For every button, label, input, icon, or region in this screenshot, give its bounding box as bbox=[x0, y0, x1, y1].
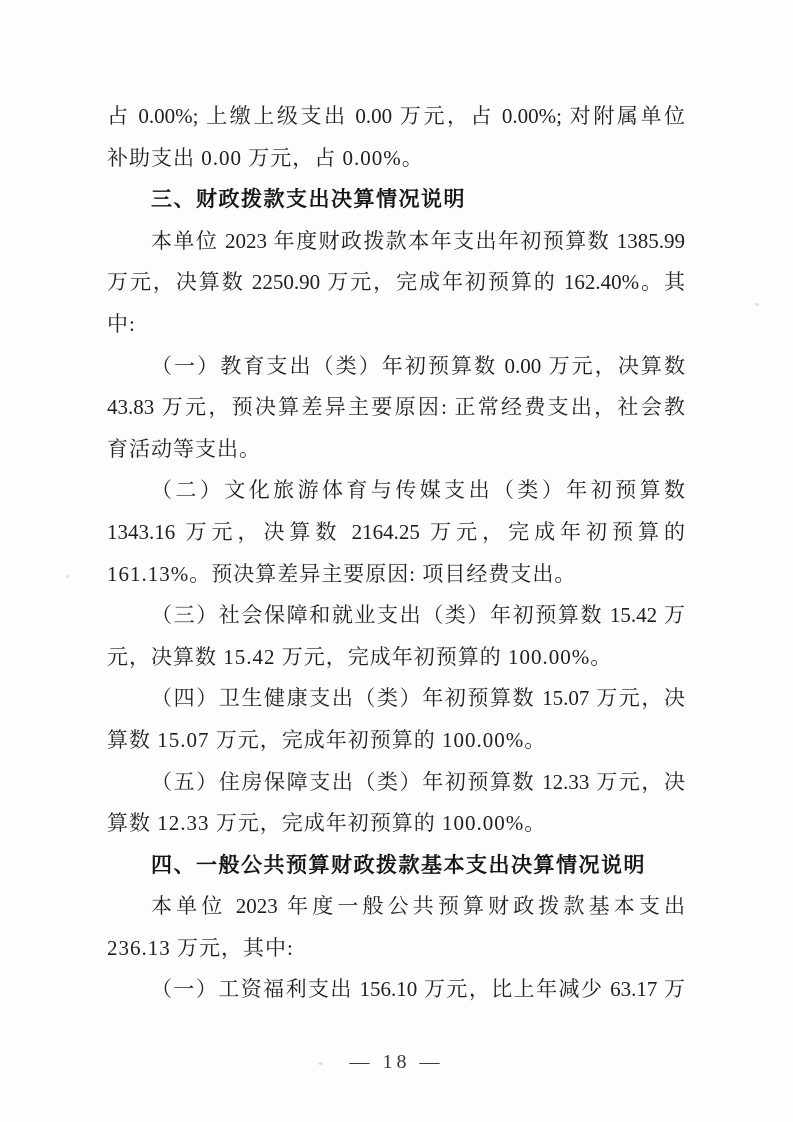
document-line: 1343.16 万元，决算数 2164.25 万元，完成年初预算的 bbox=[107, 512, 685, 554]
document-line: （二）文化旅游体育与传媒支出（类）年初预算数 bbox=[107, 470, 685, 512]
page-number: — 18 — bbox=[350, 1051, 444, 1073]
document-line: 算数 15.07 万元，完成年初预算的 100.00%。 bbox=[107, 720, 685, 762]
document-page: 占 0.00%; 上缴上级支出 0.00 万元，占 0.00%; 对附属单位补助… bbox=[0, 0, 793, 1122]
document-line: 236.13 万元，其中: bbox=[107, 928, 685, 970]
document-line: 本单位 2023 年度财政拨款本年支出年初预算数 1385.99 bbox=[107, 221, 685, 263]
document-line: 中: bbox=[107, 304, 685, 346]
document-line: 占 0.00%; 上缴上级支出 0.00 万元，占 0.00%; 对附属单位 bbox=[107, 96, 685, 138]
document-line: （三）社会保障和就业支出（类）年初预算数 15.42 万 bbox=[107, 595, 685, 637]
section-heading: 三、财政拨款支出决算情况说明 bbox=[107, 179, 685, 221]
scan-artifact bbox=[755, 303, 759, 306]
document-line: 补助支出 0.00 万元，占 0.00%。 bbox=[107, 138, 685, 180]
document-line: （一）工资福利支出 156.10 万元，比上年减少 63.17 万 bbox=[107, 969, 685, 1011]
document-line: 育活动等支出。 bbox=[107, 429, 685, 471]
scan-artifact bbox=[318, 1062, 323, 1065]
page-footer: — 18 — bbox=[0, 1046, 793, 1080]
document-line: 元，决算数 15.42 万元，完成年初预算的 100.00%。 bbox=[107, 637, 685, 679]
document-line: （四）卫生健康支出（类）年初预算数 15.07 万元，决 bbox=[107, 678, 685, 720]
document-text-block: 占 0.00%; 上缴上级支出 0.00 万元，占 0.00%; 对附属单位补助… bbox=[107, 96, 685, 1011]
document-line: （一）教育支出（类）年初预算数 0.00 万元，决算数 bbox=[107, 346, 685, 388]
document-line: （五）住房保障支出（类）年初预算数 12.33 万元，决 bbox=[107, 762, 685, 804]
document-line: 本单位 2023 年度一般公共预算财政拨款基本支出 bbox=[107, 886, 685, 928]
scan-artifact bbox=[66, 575, 69, 578]
document-line: 43.83 万元，预决算差异主要原因: 正常经费支出，社会教 bbox=[107, 387, 685, 429]
section-heading: 四、一般公共预算财政拨款基本支出决算情况说明 bbox=[107, 845, 685, 887]
document-line: 万元，决算数 2250.90 万元，完成年初预算的 162.40%。其 bbox=[107, 262, 685, 304]
document-line: 算数 12.33 万元，完成年初预算的 100.00%。 bbox=[107, 803, 685, 845]
document-line: 161.13%。预决算差异主要原因: 项目经费支出。 bbox=[107, 554, 685, 596]
